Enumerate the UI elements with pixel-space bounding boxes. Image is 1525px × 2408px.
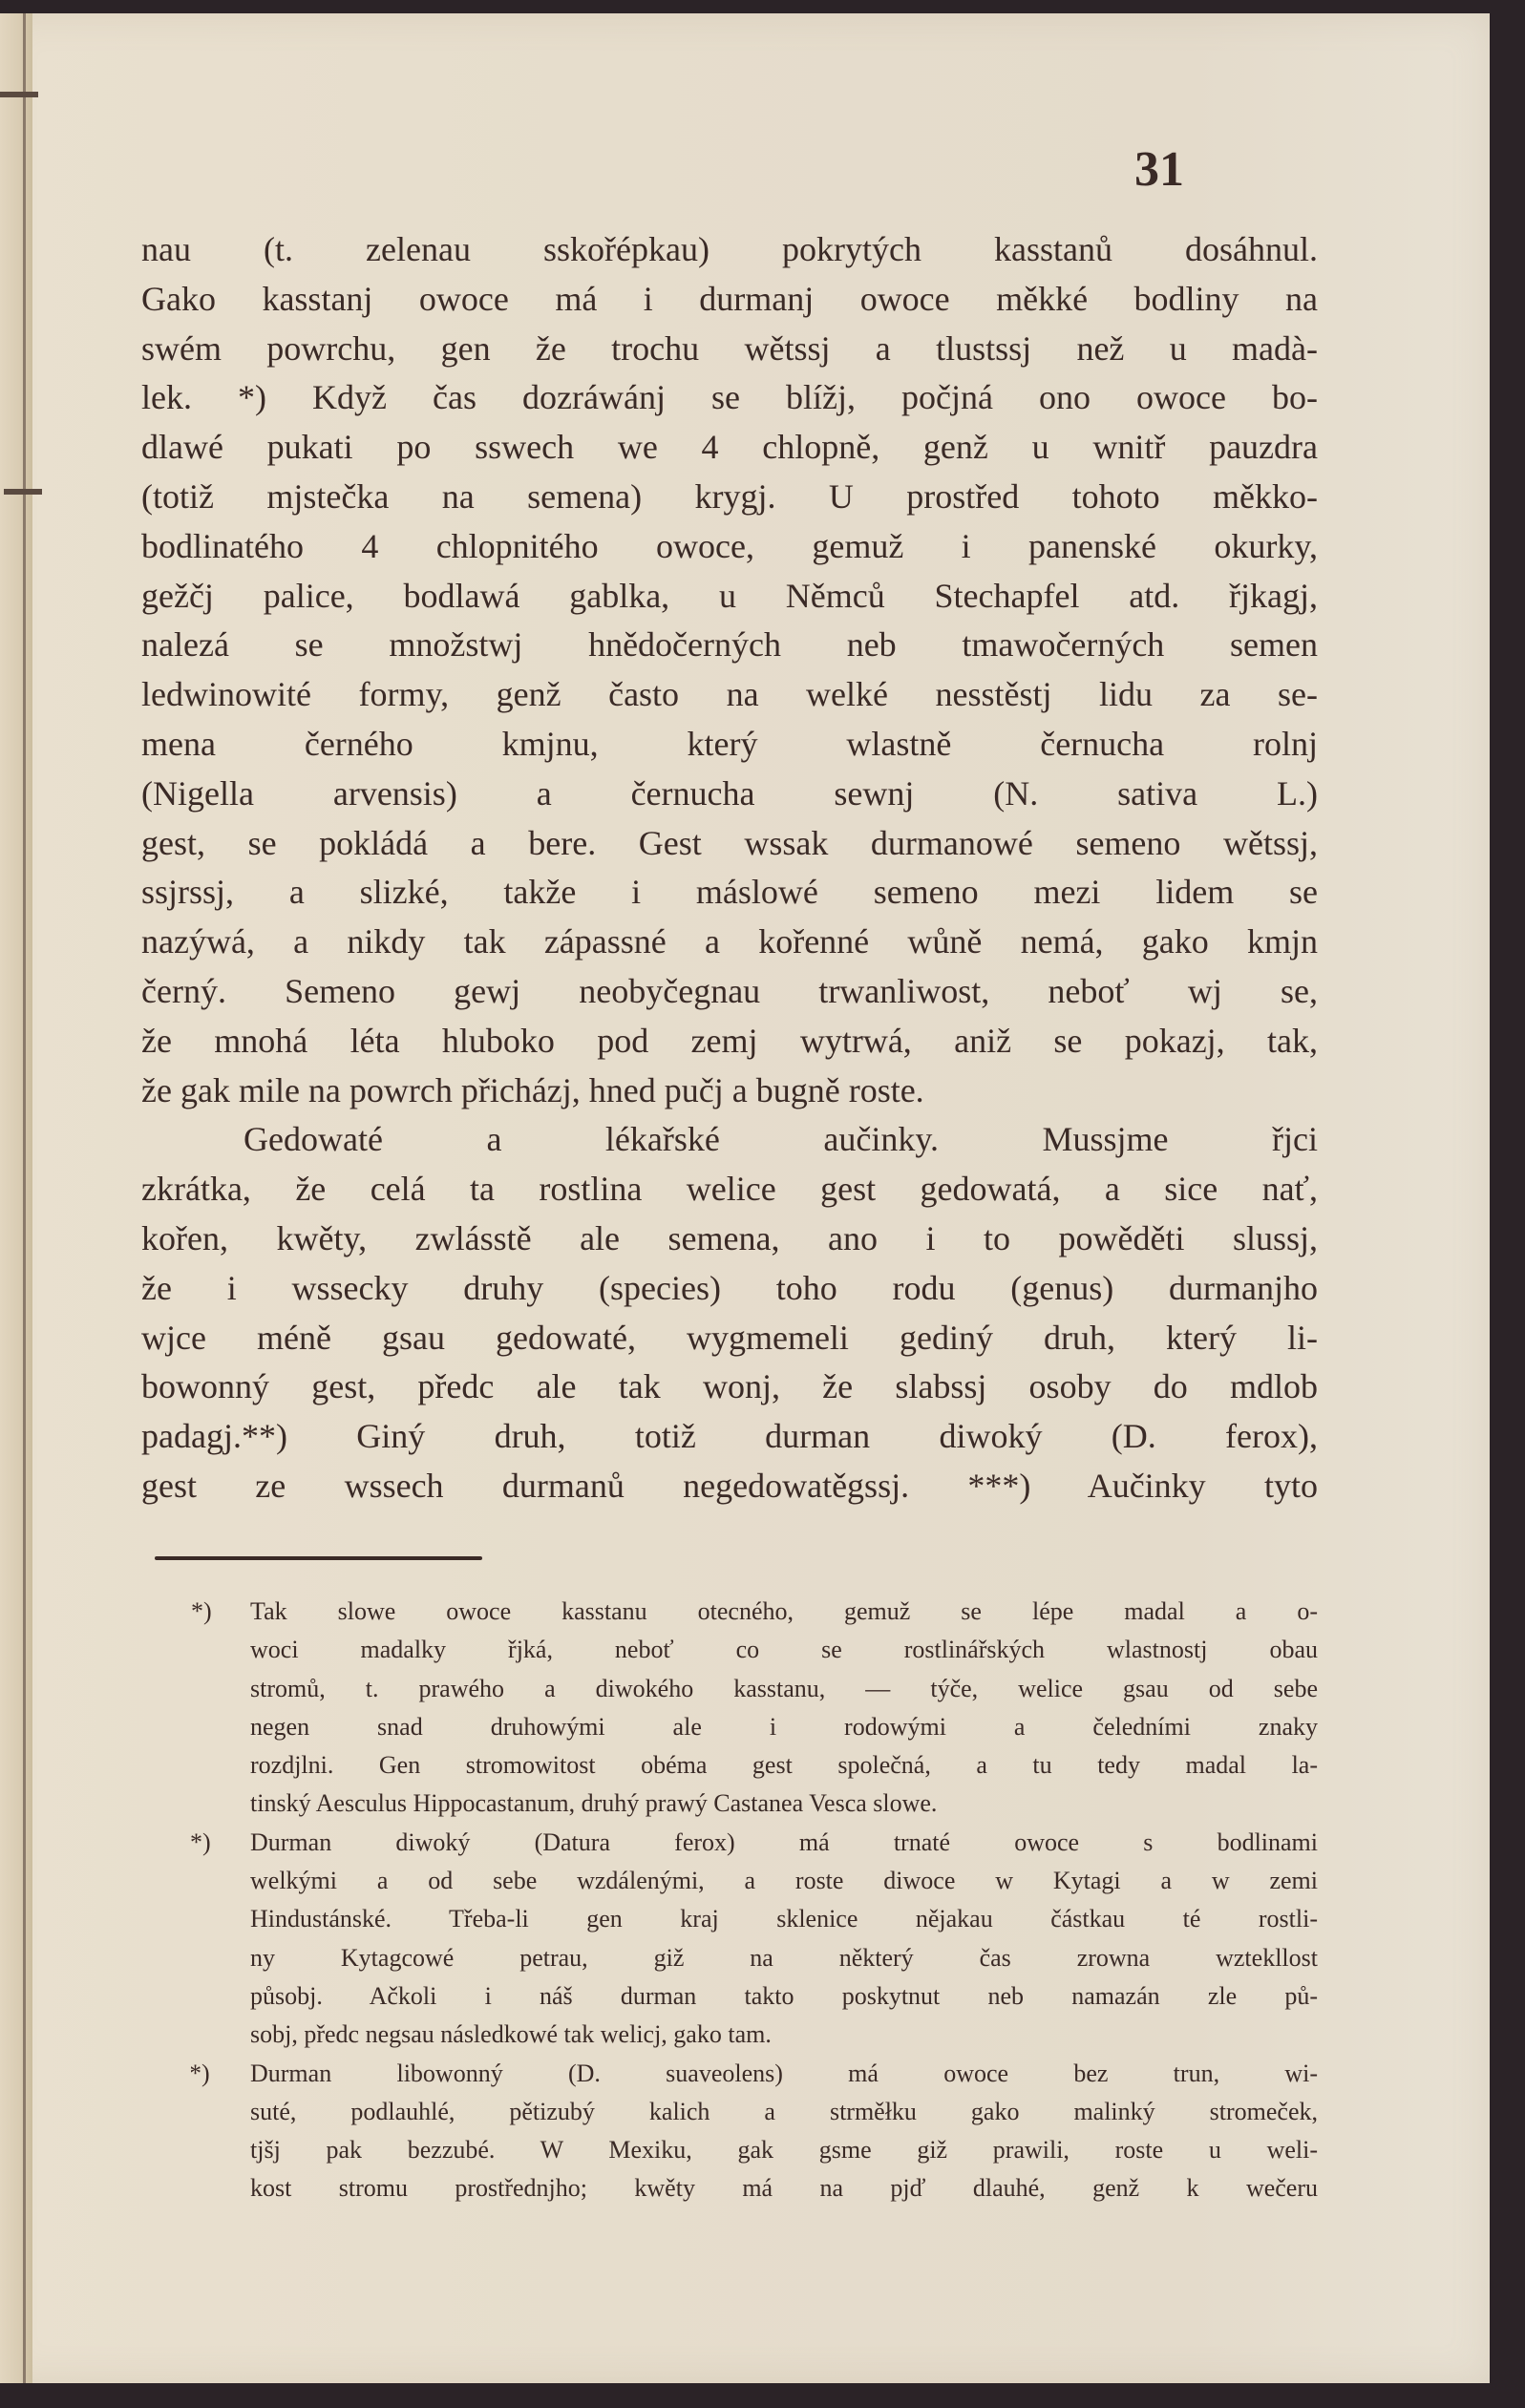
text-line: (Nigella arvensis) a černucha sewnj (N. … bbox=[141, 770, 1318, 819]
main-text: nau (t. zelenau sskořépkau) pokrytých ka… bbox=[141, 225, 1318, 1511]
footnote-line: působj. Ačkoli i náš durman takto poskyt… bbox=[191, 1977, 1318, 2016]
footnote-line: ny Kytagcowé petrau, giž na některý čas … bbox=[191, 1939, 1318, 1977]
text-line: lek. *) Když čas dozráwánj se blížj, poč… bbox=[141, 373, 1318, 423]
text-line: ledwinowité formy, genž často na welké n… bbox=[141, 670, 1318, 720]
footnote-line: ***)Durman libowonný (D. suaveolens) má … bbox=[191, 2055, 1318, 2093]
text-line: padagj.**) Giný druh, totiž durman diwok… bbox=[141, 1412, 1318, 1462]
text-line: dlawé pukati po sswech we 4 chlopně, gen… bbox=[141, 423, 1318, 473]
footnote-line: Hindustánské. Třeba-li gen kraj sklenice… bbox=[191, 1900, 1318, 1938]
footnote-line: welkými a od sebe wzdálenými, a roste di… bbox=[191, 1862, 1318, 1900]
footnote-marker: ***) bbox=[191, 2055, 210, 2093]
text-line: nalezá se množstwj hnědočerných neb tmaw… bbox=[141, 621, 1318, 670]
footnote-marker: **) bbox=[191, 1824, 211, 1862]
text-line: mena černého kmjnu, který wlastně černuc… bbox=[141, 720, 1318, 770]
text-line: ssjrssj, a slizké, takže i máslowé semen… bbox=[141, 868, 1318, 918]
footnote-text: Tak slowe owoce kasstanu otecného, gemuž… bbox=[250, 1597, 1318, 1625]
footnote-separator bbox=[155, 1556, 482, 1560]
text-line: černý. Semeno gewj neobyčegnau trwanliwo… bbox=[141, 967, 1318, 1017]
text-line: že gak mile na powrch přicházj, hned puč… bbox=[141, 1067, 1318, 1116]
footnotes: *)Tak slowe owoce kasstanu otecného, gem… bbox=[191, 1593, 1318, 2208]
footnote-line: *)Tak slowe owoce kasstanu otecného, gem… bbox=[191, 1593, 1318, 1631]
text-line: bowonný gest, předc ale tak wonj, že sla… bbox=[141, 1362, 1318, 1412]
footnote-line: stromů, t. prawého a diwokého kasstanu, … bbox=[191, 1670, 1318, 1708]
footnote-line: tinský Aesculus Hippocastanum, druhý pra… bbox=[191, 1785, 1318, 1823]
footnote-line: sobj, předc negsau následkowé tak welicj… bbox=[191, 2016, 1318, 2054]
footnote-marker: *) bbox=[191, 1593, 212, 1631]
text-line: Gako kasstanj owoce má i durmanj owoce m… bbox=[141, 275, 1318, 325]
text-line: zkrátka, že celá ta rostlina welice gest… bbox=[141, 1165, 1318, 1215]
binding-strip bbox=[0, 13, 32, 2383]
footnote-line: **)Durman diwoký (Datura ferox) má trnat… bbox=[191, 1824, 1318, 1862]
footnote-line: woci madalky řjká, neboť co se rostlinář… bbox=[191, 1631, 1318, 1669]
footnote-text: Durman libowonný (D. suaveolens) má owoc… bbox=[250, 2059, 1318, 2087]
page-tab-marker bbox=[0, 92, 38, 97]
text-line: že i wssecky druhy (species) toho rodu (… bbox=[141, 1264, 1318, 1314]
text-line: gest ze wssech durmanů negedowatěgssj. *… bbox=[141, 1462, 1318, 1511]
text-line: že mnohá léta hluboko pod zemj wytrwá, a… bbox=[141, 1017, 1318, 1067]
text-line: nazýwá, a nikdy tak zápassné a kořenné w… bbox=[141, 918, 1318, 967]
text-line: swém powrchu, gen že trochu wětssj a tlu… bbox=[141, 325, 1318, 374]
footnote-line: tjšj pak bezzubé. W Mexiku, gak gsme giž… bbox=[191, 2131, 1318, 2169]
text-line: bodlinatého 4 chlopnitého owoce, gemuž i… bbox=[141, 522, 1318, 572]
page-tab-marker bbox=[4, 489, 42, 495]
text-line: wjce méně gsau gedowaté, wygmemeli gedin… bbox=[141, 1314, 1318, 1363]
text-line: gest, se pokládá a bere. Gest wssak durm… bbox=[141, 819, 1318, 869]
footnote-line: rozdjlni. Gen stromowitost obéma gest sp… bbox=[191, 1746, 1318, 1785]
text-line: nau (t. zelenau sskořépkau) pokrytých ka… bbox=[141, 225, 1318, 275]
text-line: gežčj palice, bodlawá gablka, u Němců St… bbox=[141, 572, 1318, 622]
footnote-line: suté, podlauhlé, pětizubý kalich a strmě… bbox=[191, 2093, 1318, 2131]
section-heading-line: Gedowaté a lékařské aučinky. Mussjme řjc… bbox=[141, 1115, 1318, 1165]
page-number: 31 bbox=[1134, 141, 1184, 198]
footnote-line: negen snad druhowými ale i rodowými a če… bbox=[191, 1708, 1318, 1746]
text-line: kořen, kwěty, zwlásstě ale semena, ano i… bbox=[141, 1215, 1318, 1264]
footnote-2: **)Durman diwoký (Datura ferox) má trnat… bbox=[191, 1824, 1318, 2055]
footnote-line: kost stromu prostřednjho; kwěty má na pj… bbox=[191, 2169, 1318, 2207]
footnote-3: ***)Durman libowonný (D. suaveolens) má … bbox=[191, 2055, 1318, 2208]
binding-edge-line bbox=[23, 13, 26, 2383]
footnote-1: *)Tak slowe owoce kasstanu otecného, gem… bbox=[191, 1593, 1318, 1824]
text-line: (totiž mjstečka na semena) krygj. U pros… bbox=[141, 473, 1318, 522]
footnote-text: Durman diwoký (Datura ferox) má trnaté o… bbox=[250, 1828, 1318, 1856]
